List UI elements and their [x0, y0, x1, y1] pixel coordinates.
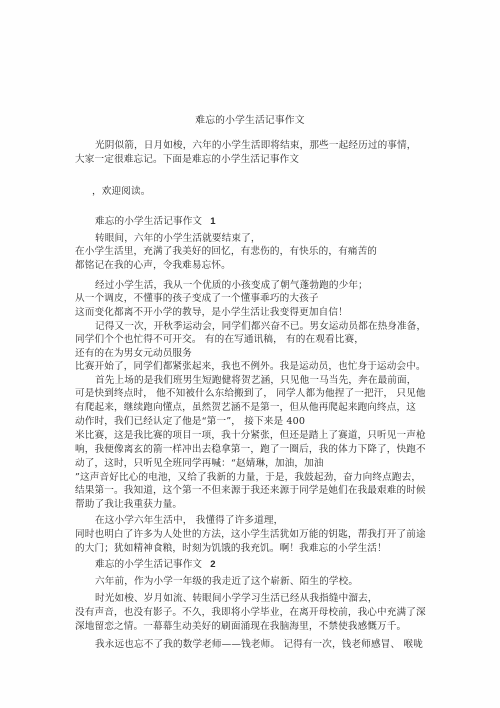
essay-2-line: 时光如梭、岁月如流、转眼间小学学习生活已经从我指缝中溜去， — [95, 593, 378, 605]
essay-2-number: 2 — [210, 559, 215, 570]
essay-1-line: 转眼间，六年的小学生活就要结束了， — [95, 233, 261, 245]
essay-1-line: 同时也明白了许多为人处世的方法，这小学生活犹如万能的钥匙，帮我打开了前途 — [75, 529, 426, 541]
essay-1-line: 结果第一。我知道，这个第一不但来源于我还来源于同学是她们在我最艰难的时候 — [75, 485, 426, 497]
essay-2-line: 我永远也忘不了我的数学老师——钱老师。 记得有一次，钱老师感冒、 喉咙 — [95, 639, 423, 651]
essay-1-line: 动作时，我们已经认定了他是“第一”， 接下来是 400 — [75, 416, 305, 428]
essay-1-line: ”这声音好比心的电池，又给了我新的力量，于是，我鼓起劲，奋力向终点跑去， — [75, 472, 421, 484]
essay-1-line: 帮助了我让我重获力量。 — [75, 499, 182, 511]
intro-line-2: 大家一定很难忘记。下面是难忘的小学生活记事作文 — [75, 154, 299, 166]
essay-1-line: 动了，这时，只听见全班同学再喊：“赵婧琳，加油，加油 — [75, 458, 324, 470]
document-page: 难忘的小学生活记事作文 光阴似箭，日月如梭，六年的小学生活即将结束，那些一起经历… — [0, 0, 500, 708]
essay-1-line: 的大门；犹如精神食粮，时刻为饥饿的我充饥。啊！我难忘的小学生活！ — [75, 543, 387, 555]
essay-1-line: 响，我便像离玄的箭一样冲出去稳拿第一，跑了一圈后，我的体力下降了，快跑不 — [75, 444, 426, 456]
essay-1-number: 1 — [210, 216, 215, 227]
essay-1-line: 从一个调皮，不懂事的孩子变成了一个懂事乖巧的大孩子 — [75, 293, 319, 305]
essay-1-line: 在小学生活里，充满了我美好的回忆，有悲伤的，有快乐的，有痛苦的 — [75, 246, 377, 258]
essay-1-heading-text: 难忘的小学生活记事作文 — [95, 216, 202, 227]
essay-1-line: 这而变化都离不开小学的教导，是小学生活让我变得更加自信！ — [75, 307, 348, 319]
intro-line-1: 光阴似箭，日月如梭，六年的小学生活即将结束，那些一起经历过的事情， — [95, 140, 417, 152]
essay-1-line: 比赛开始了，同学们都紧张起来，我也不例外。我是运动员，也忙身于运动会中。 — [75, 361, 426, 373]
essay-1-line: 都铭记在我的心声，令我难易忘怀。 — [75, 260, 231, 272]
essay-2-line: 没有声音，也没有影子。不久，我即将小学毕业，在离开母校前，我心中充满了深 — [75, 607, 426, 619]
essay-1-line: 在这小学六年生活中， 我懂得了许多道理， — [95, 515, 283, 527]
essay-2-line: 六年前，作为小学一年级的我走近了这个崭新、陌生的学校。 — [95, 576, 358, 588]
essay-1-line: 可是快到终点时， 他不知被什么东给搬到了， 同学人都为他捏了一把汗， 只见他 — [75, 388, 426, 400]
essay-1-line: 经过小学生活，我从一个优质的小孩变成了朝气蓬勃跑的少年； — [95, 280, 368, 292]
welcome-text: ，欢迎阅读。 — [92, 186, 150, 198]
essay-1-line: 还有的在为男女元动员服务 — [75, 348, 192, 360]
essay-1-line: 同学们个个也忙得不可开交。 有的在写通讯稿， 有的在观看比赛， — [75, 334, 364, 346]
essay-1-line: 有爬起来，继续跑向懂点，虽然贺艺涵不是第一，但从他再爬起来跑向终点，这 — [75, 402, 416, 414]
essay-1-line: 首先上场的是我们班男生短跑健将贺艺涵，只见他一马当先，奔在最前面， — [95, 375, 417, 387]
essay-1-line: 米比赛，这是我比赛的项目一项，我十分紧张，但还是踏上了赛道，只听见一声枪 — [75, 430, 426, 442]
essay-2-heading-text: 难忘的小学生活记事作文 — [95, 559, 202, 570]
document-title: 难忘的小学生活记事作文 — [0, 115, 500, 127]
essay-1-heading: 难忘的小学生活记事作文1 — [95, 216, 216, 228]
essay-2-line: 深地留恋之情。一幕幕生动美好的刷面涌现在我脑海里，不禁使我感慨万千。 — [75, 621, 406, 633]
essay-1-line: 记得又一次，开秋季运动会，同学们都兴奋不已。男女运动员都在热身准备， — [95, 321, 426, 333]
essay-2-heading: 难忘的小学生活记事作文2 — [95, 559, 216, 571]
